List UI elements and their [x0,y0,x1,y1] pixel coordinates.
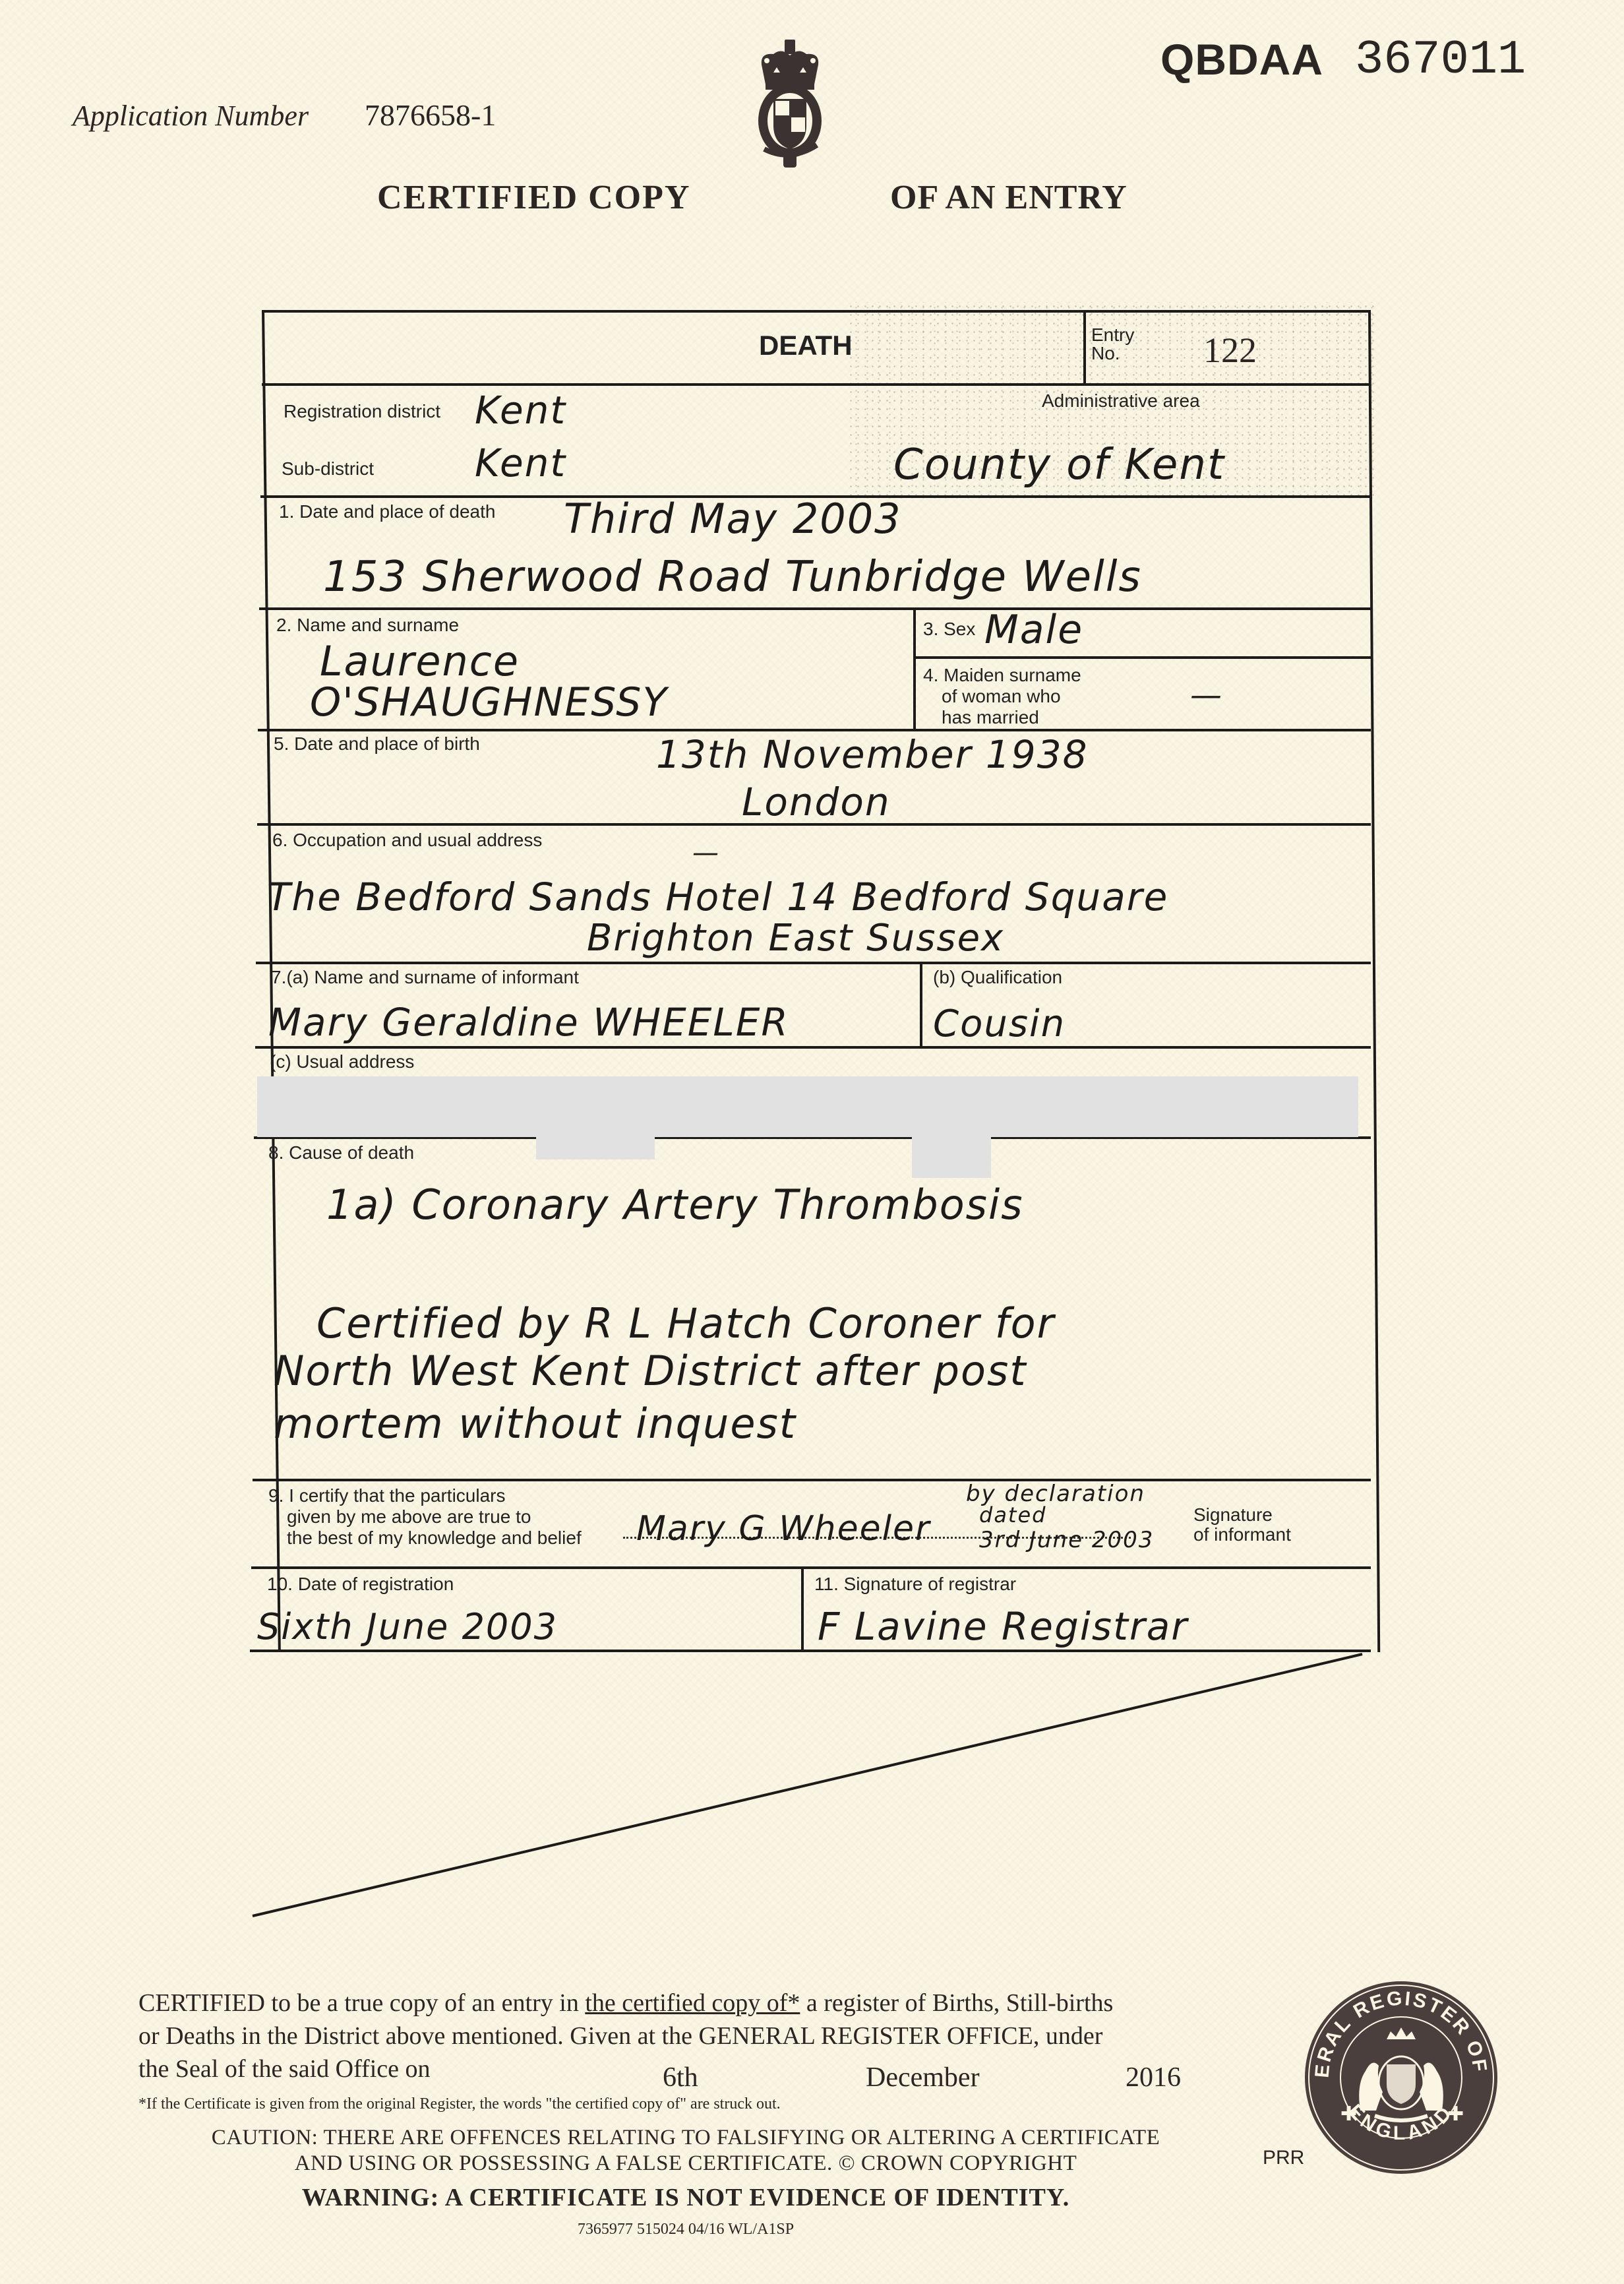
cause-of-death-line-2: Certified by R L Hatch Coroner for [316,1299,1055,1347]
informant-label: 7.(a) Name and surname of informant [271,967,579,988]
death-date-value: Third May 2003 [564,495,902,543]
declaration-annotation-3: 3rd June 2003 [979,1527,1154,1553]
death-entry-form: DEATH Entry No. 122 Registration distric… [254,310,1368,1652]
application-number-label: Application Number [73,99,309,133]
administrative-area-value: County of Kent [893,441,1225,489]
certification-text: CERTIFIED to be a true copy of an entry … [138,1989,585,2017]
entry-label-line-2: No. [1091,344,1134,363]
form-border-right [1368,310,1380,1652]
row-divider [256,962,1371,964]
certified-year: 2016 [1126,2062,1181,2093]
entry-label: Entry No. [1091,326,1134,363]
royal-crest-icon [754,38,826,170]
qualification-value: Cousin [933,1003,1066,1045]
informant-value: Mary Geraldine WHEELER [268,1000,789,1045]
certify-label-line-2: given by me above are true to [268,1506,582,1528]
registrar-signature-value: F Lavine Registrar [818,1604,1188,1649]
registration-district-value: Kent [475,388,566,433]
cause-of-death-line-1: 1a) Coronary Artery Thrombosis [326,1181,1024,1229]
certify-label: 9. I certify that the particulars given … [268,1485,582,1549]
svg-text:✚: ✚ [1340,2103,1357,2126]
column-divider [920,962,922,1046]
row-divider [253,1479,1371,1481]
death-place-value: 153 Sherwood Road Tunbridge Wells [323,553,1142,602]
registrar-signature-label: 11. Signature of registrar [814,1574,1016,1595]
row-divider [262,383,1371,386]
caution-line-2: AND USING OR POSSESSING A FALSE CERTIFIC… [0,2151,1371,2176]
redaction-tab [912,1137,991,1178]
maiden-label-line-1: 4. Maiden surname [923,665,1081,686]
sex-value: Male [984,607,1083,653]
row-divider [258,729,1371,731]
birth-date-place-label: 5. Date and place of birth [274,733,480,755]
sig-label-line-1: Signature [1193,1505,1291,1525]
maiden-surname-label: 4. Maiden surname of woman who has marri… [923,665,1081,728]
certify-label-line-1: 9. I certify that the particulars [268,1485,582,1506]
title-of-an-entry: OF AN ENTRY [890,178,1128,217]
certified-month: December [866,2062,980,2093]
death-date-place-label: 1. Date and place of death [279,501,495,522]
usual-address-redaction [257,1076,1358,1137]
serial-number: 367011 [1355,33,1526,87]
column-divider [801,1566,804,1651]
general-register-office-seal-icon: GENERAL REGISTER OFFICE ENGLAND ✚ ✚ [1302,1979,1500,2176]
form-type-heading: DEATH [759,330,853,361]
column-divider [913,607,916,729]
certification-text: a register of Births, Still-births [800,1989,1113,2017]
usual-address-label: (c) Usual address [270,1051,414,1072]
redaction-tab [536,1137,655,1159]
birth-place-value: London [742,780,891,824]
name-label: 2. Name and surname [276,615,459,636]
identity-warning: WARNING: A CERTIFICATE IS NOT EVIDENCE O… [0,2183,1371,2212]
svg-text:✚: ✚ [1447,2103,1464,2126]
certified-copy-of-text: the certified copy of* [585,1989,800,2017]
maiden-label-line-2: of woman who [923,686,1081,707]
row-divider [913,656,1371,659]
footnote: *If the Certificate is given from the or… [138,2095,781,2113]
declaration-annotation-2: dated [979,1502,1046,1528]
administrative-area-label: Administrative area [1042,390,1200,412]
certification-line-2: or Deaths in the District above mentione… [138,2022,1102,2051]
row-divider [255,1046,1371,1049]
cause-of-death-label: 8. Cause of death [268,1142,414,1163]
signature-of-informant-label: Signature of informant [1193,1505,1291,1545]
certification-line-1: CERTIFIED to be a true copy of an entry … [138,1989,1113,2018]
prr-mark: PRR [1263,2147,1304,2169]
registration-district-label: Registration district [284,401,440,422]
certification-line-3: the Seal of the said Office on [138,2054,431,2083]
form-border-top [262,310,1371,313]
birth-date-value: 13th November 1938 [656,732,1089,777]
entry-number: 122 [1203,330,1257,371]
cause-of-death-line-4: mortem without inquest [274,1400,797,1448]
cause-of-death-line-3: North West Kent District after post [274,1347,1027,1395]
sub-district-value: Kent [475,441,566,485]
certified-day: 6th [663,2062,698,2093]
sex-label: 3. Sex [923,619,975,640]
print-code: 7365977 515024 04/16 WL/A1SP [0,2221,1371,2238]
row-divider [259,607,1371,610]
form-border-bottom [250,1650,1371,1652]
serial-prefix: QBDAA [1160,34,1323,84]
occupation-address-line-2: Brighton East Sussex [587,917,1004,960]
maiden-surname-value: — [1190,677,1223,714]
sig-label-line-2: of informant [1193,1525,1291,1545]
registration-date-label: 10. Date of registration [267,1574,454,1595]
maiden-label-line-3: has married [923,707,1081,728]
sub-district-label: Sub-district [282,458,374,479]
forename-value: Laurence [320,637,520,685]
qualification-label: (b) Qualification [933,967,1062,988]
occupation-value: — [692,838,720,868]
column-divider [1083,310,1086,383]
informant-signature: Mary G Wheeler [636,1509,930,1549]
registration-date-value: Sixth June 2003 [257,1606,558,1648]
occupation-address-line-1: The Bedford Sands Hotel 14 Bedford Squar… [267,875,1168,919]
caution-line-1: CAUTION: THERE ARE OFFENCES RELATING TO … [0,2126,1371,2150]
occupation-address-label: 6. Occupation and usual address [272,830,542,851]
certify-label-line-3: the best of my knowledge and belief [268,1528,582,1549]
title-certified-copy: CERTIFIED COPY [377,178,690,217]
entry-label-line-1: Entry [1091,326,1134,344]
application-number: 7876658-1 [365,98,496,133]
surname-value: O'SHAUGHNESSY [310,679,668,725]
row-divider [251,1566,1371,1569]
